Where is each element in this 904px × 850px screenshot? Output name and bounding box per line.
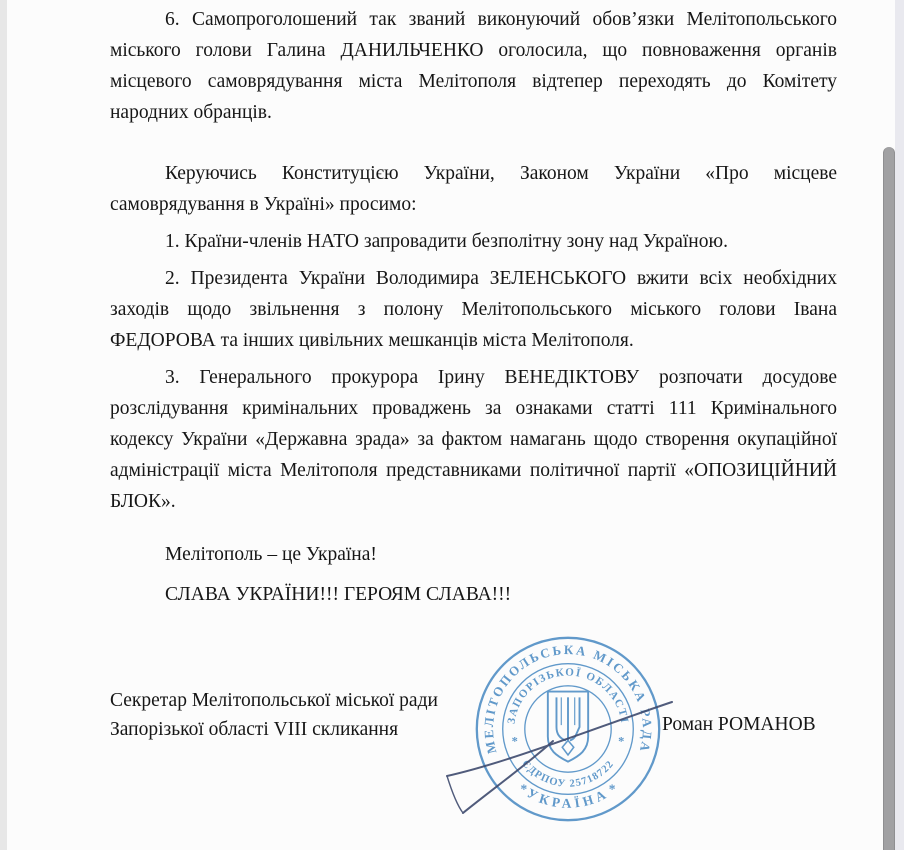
- signatory-title-line2: Запорізької області VIII скликання: [110, 715, 438, 744]
- signatory-title: Секретар Мелітопольської міської ради За…: [110, 686, 438, 744]
- document-body: 6. Самопроголошений так званий виконуючи…: [110, 4, 837, 616]
- left-edge-strip: [0, 0, 7, 850]
- paragraph-intro: Керуючись Конституцією України, Законом …: [110, 158, 837, 220]
- paragraph-item-6: 6. Самопроголошений так званий виконуючи…: [110, 4, 837, 128]
- demand-president: 2. Президента України Володимира ЗЕЛЕНСЬ…: [110, 263, 837, 356]
- slogan-melitopol-is-ukraine: Мелітополь – це Україна!: [110, 539, 837, 570]
- scrollbar-track[interactable]: [895, 0, 904, 850]
- signatory-title-line1: Секретар Мелітопольської міської ради: [110, 686, 438, 715]
- signatory-name: Роман РОМАНОВ: [662, 712, 816, 738]
- demand-prosecutor: 3. Генерального прокурора Ірину ВЕНЕДІКТ…: [110, 362, 837, 517]
- document-page: 6. Самопроголошений так званий виконуючи…: [0, 0, 904, 850]
- demand-nato: 1. Країни-членів НАТО запровадити безпол…: [110, 226, 837, 257]
- handwritten-signature: [430, 650, 700, 840]
- slogan-slava-ukraini: СЛАВА УКРАЇНИ!!! ГЕРОЯМ СЛАВА!!!: [110, 579, 837, 610]
- scrollbar-thumb[interactable]: [883, 147, 895, 850]
